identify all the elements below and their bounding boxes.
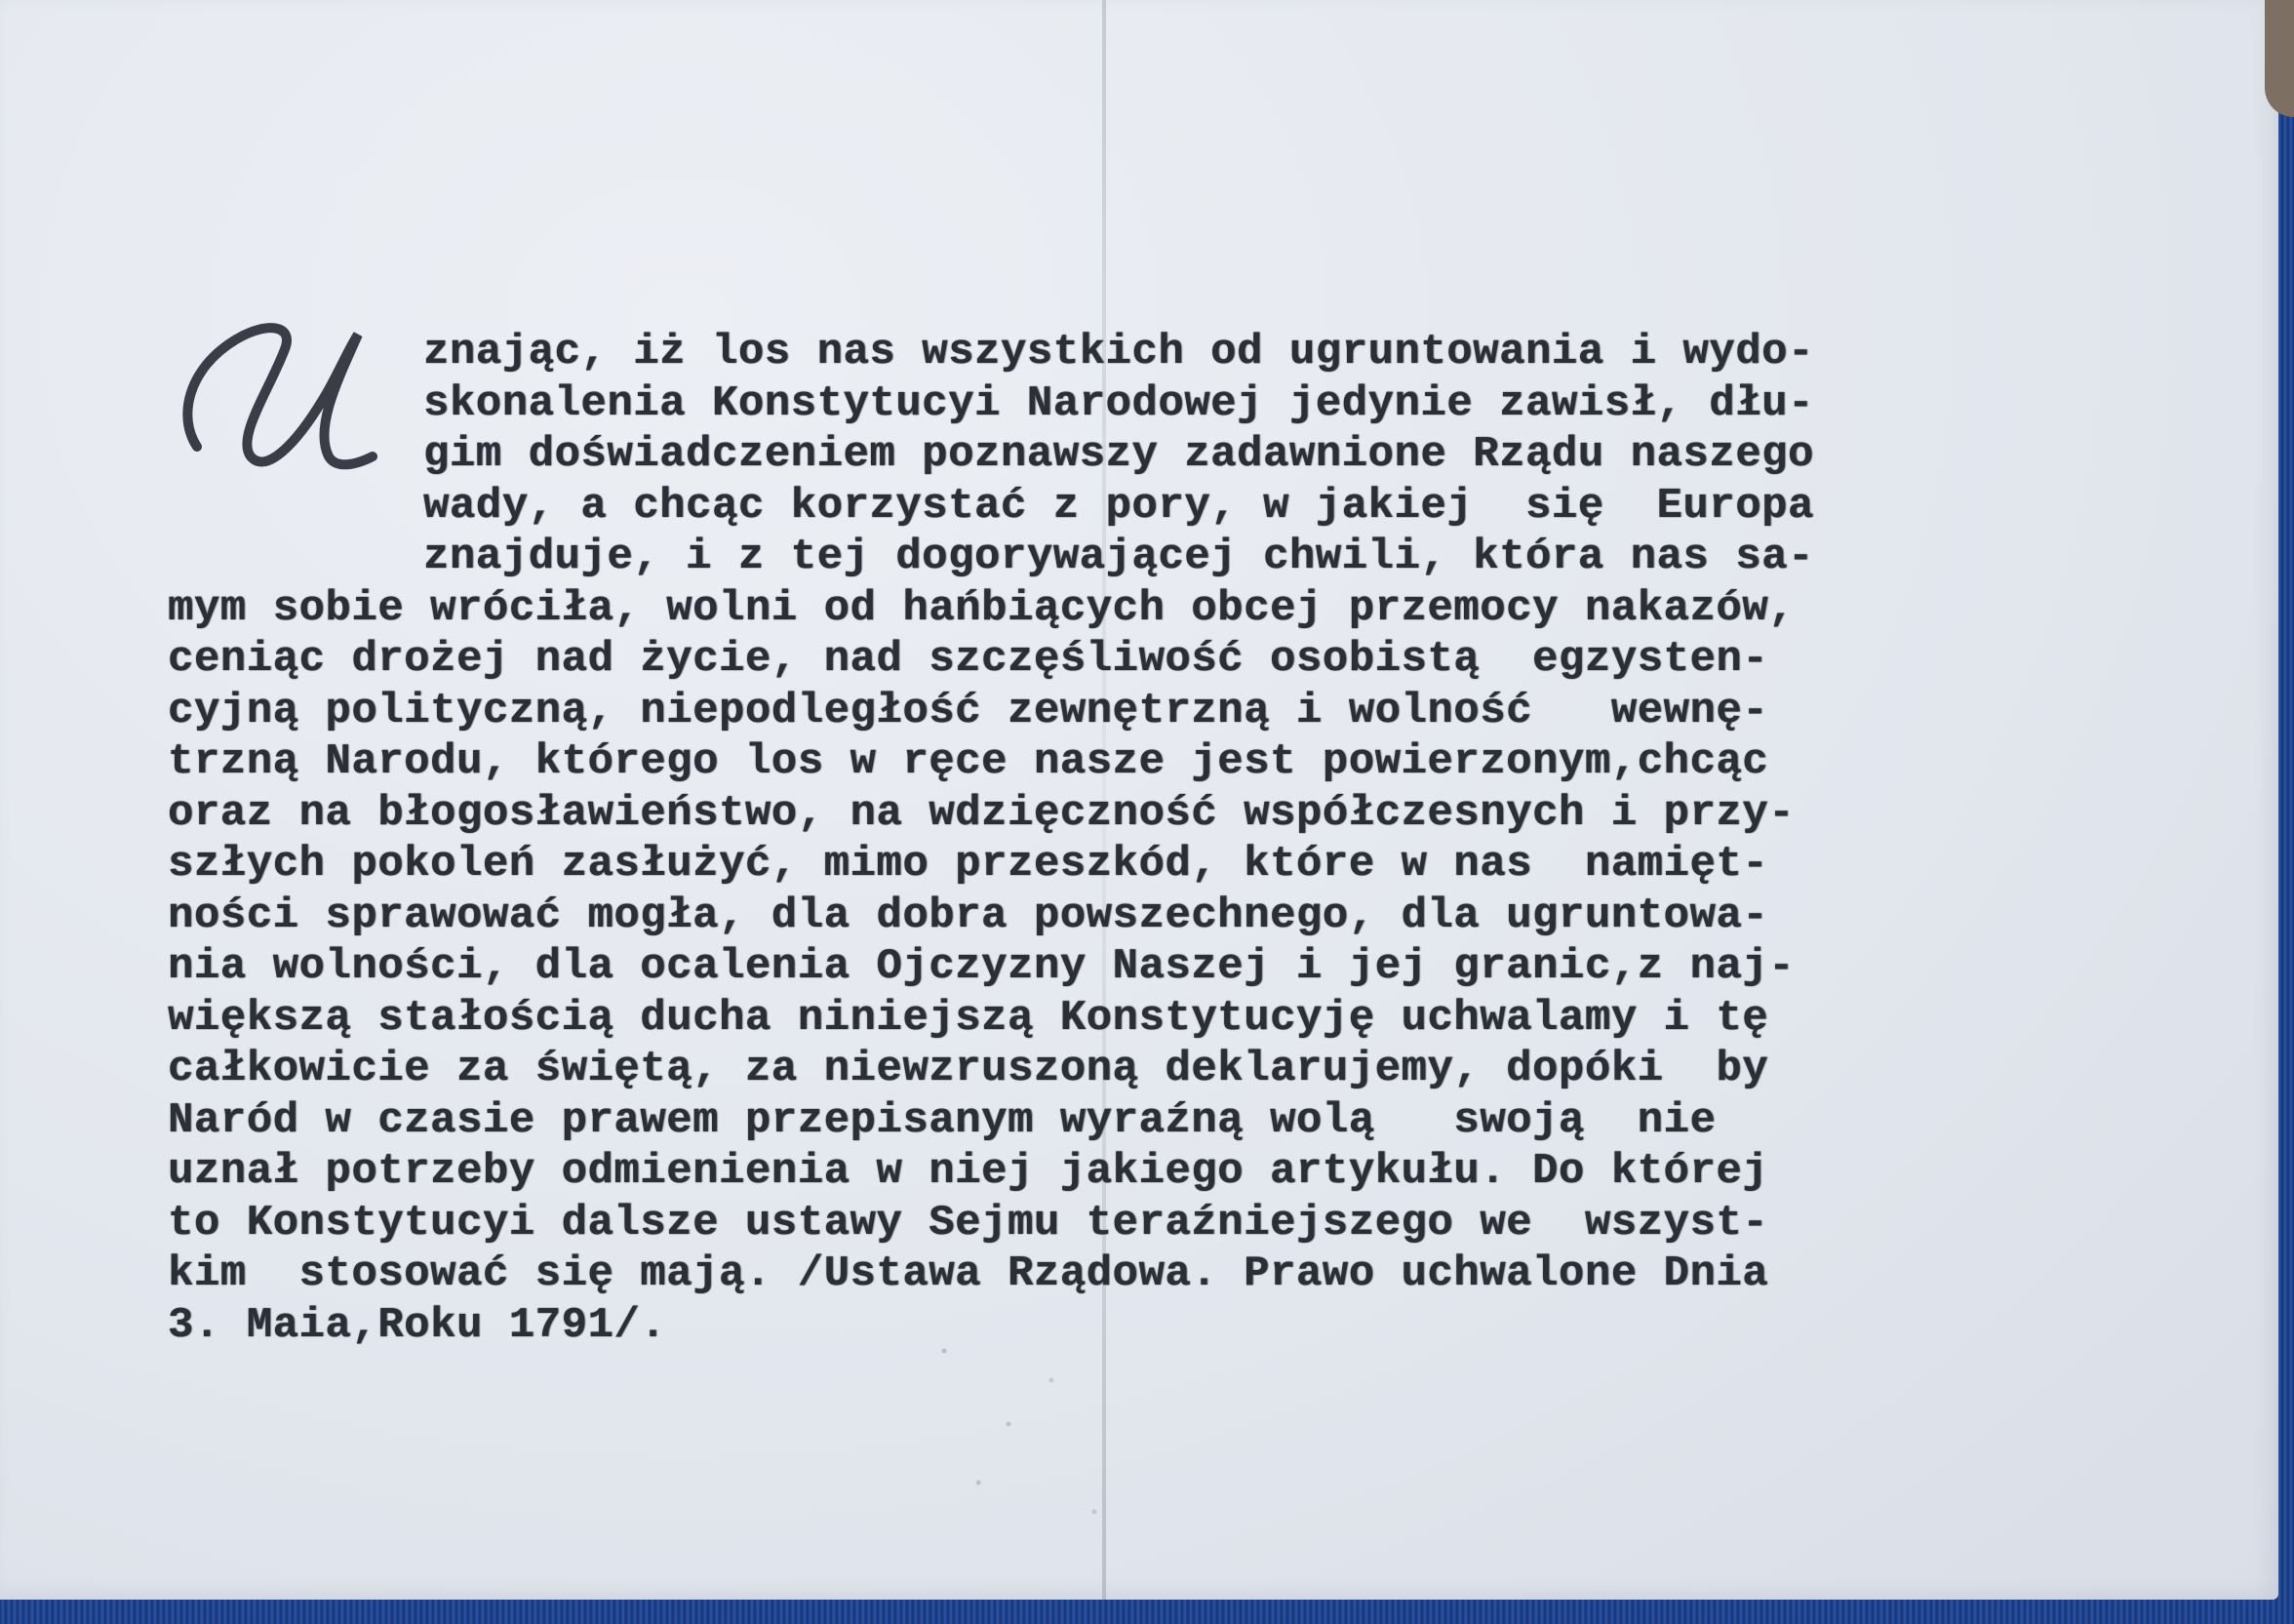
text-line: ceniąc drożej nad życie, nad szczęśliwoś… bbox=[168, 634, 2070, 686]
text-line: skonalenia Konstytucyi Narodowej jedynie… bbox=[168, 378, 2070, 430]
text-line: szłych pokoleń zasłużyć, mimo przeszkód,… bbox=[168, 839, 2070, 891]
text-line: nia wolności, dla ocalenia Ojczyzny Nasz… bbox=[168, 941, 2070, 993]
text-line: mym sobie wróciła, wolni od hańbiących o… bbox=[168, 583, 2070, 635]
text-line: ności sprawować mogła, dla dobra powszec… bbox=[168, 891, 2070, 942]
text-line: oraz na błogosławieństwo, na wdzięczność… bbox=[168, 788, 2070, 840]
text-line: to Konstytucyi dalsze ustawy Sejmu teraź… bbox=[168, 1198, 2070, 1249]
text-line: znajduje, i z tej dogorywającej chwili, … bbox=[168, 532, 2070, 583]
text-line: całkowicie za świętą, za niewzruszoną de… bbox=[168, 1044, 2070, 1095]
text-line: uznał potrzeby odmienienia w niej jakieg… bbox=[168, 1146, 2070, 1198]
text-line: większą stałością ducha niniejszą Konsty… bbox=[168, 993, 2070, 1045]
text-line: trzną Narodu, którego los w ręce nasze j… bbox=[168, 736, 2070, 788]
text-line: wady, a chcąc korzystać z pory, w jakiej… bbox=[168, 481, 2070, 533]
text-line: znając, iż los nas wszystkich od ugrunto… bbox=[168, 327, 2070, 378]
photo-scene: znając, iż los nas wszystkich od ugrunto… bbox=[0, 0, 2294, 1624]
text-line: Naród w czasie prawem przepisanym wyraźn… bbox=[168, 1095, 2070, 1147]
ink-smudge bbox=[858, 1307, 1287, 1600]
text-line: gim doświadczeniem poznawszy zadawnione … bbox=[168, 429, 2070, 481]
text-line: 3. Maia,Roku 1791/. bbox=[168, 1300, 2070, 1352]
text-line: cyjną polityczną, niepodległość zewnętrz… bbox=[168, 686, 2070, 737]
text-line: kim stosować się mają. /Ustawa Rządowa. … bbox=[168, 1248, 2070, 1300]
constitution-preamble-text: znając, iż los nas wszystkich od ugrunto… bbox=[168, 327, 2070, 1351]
